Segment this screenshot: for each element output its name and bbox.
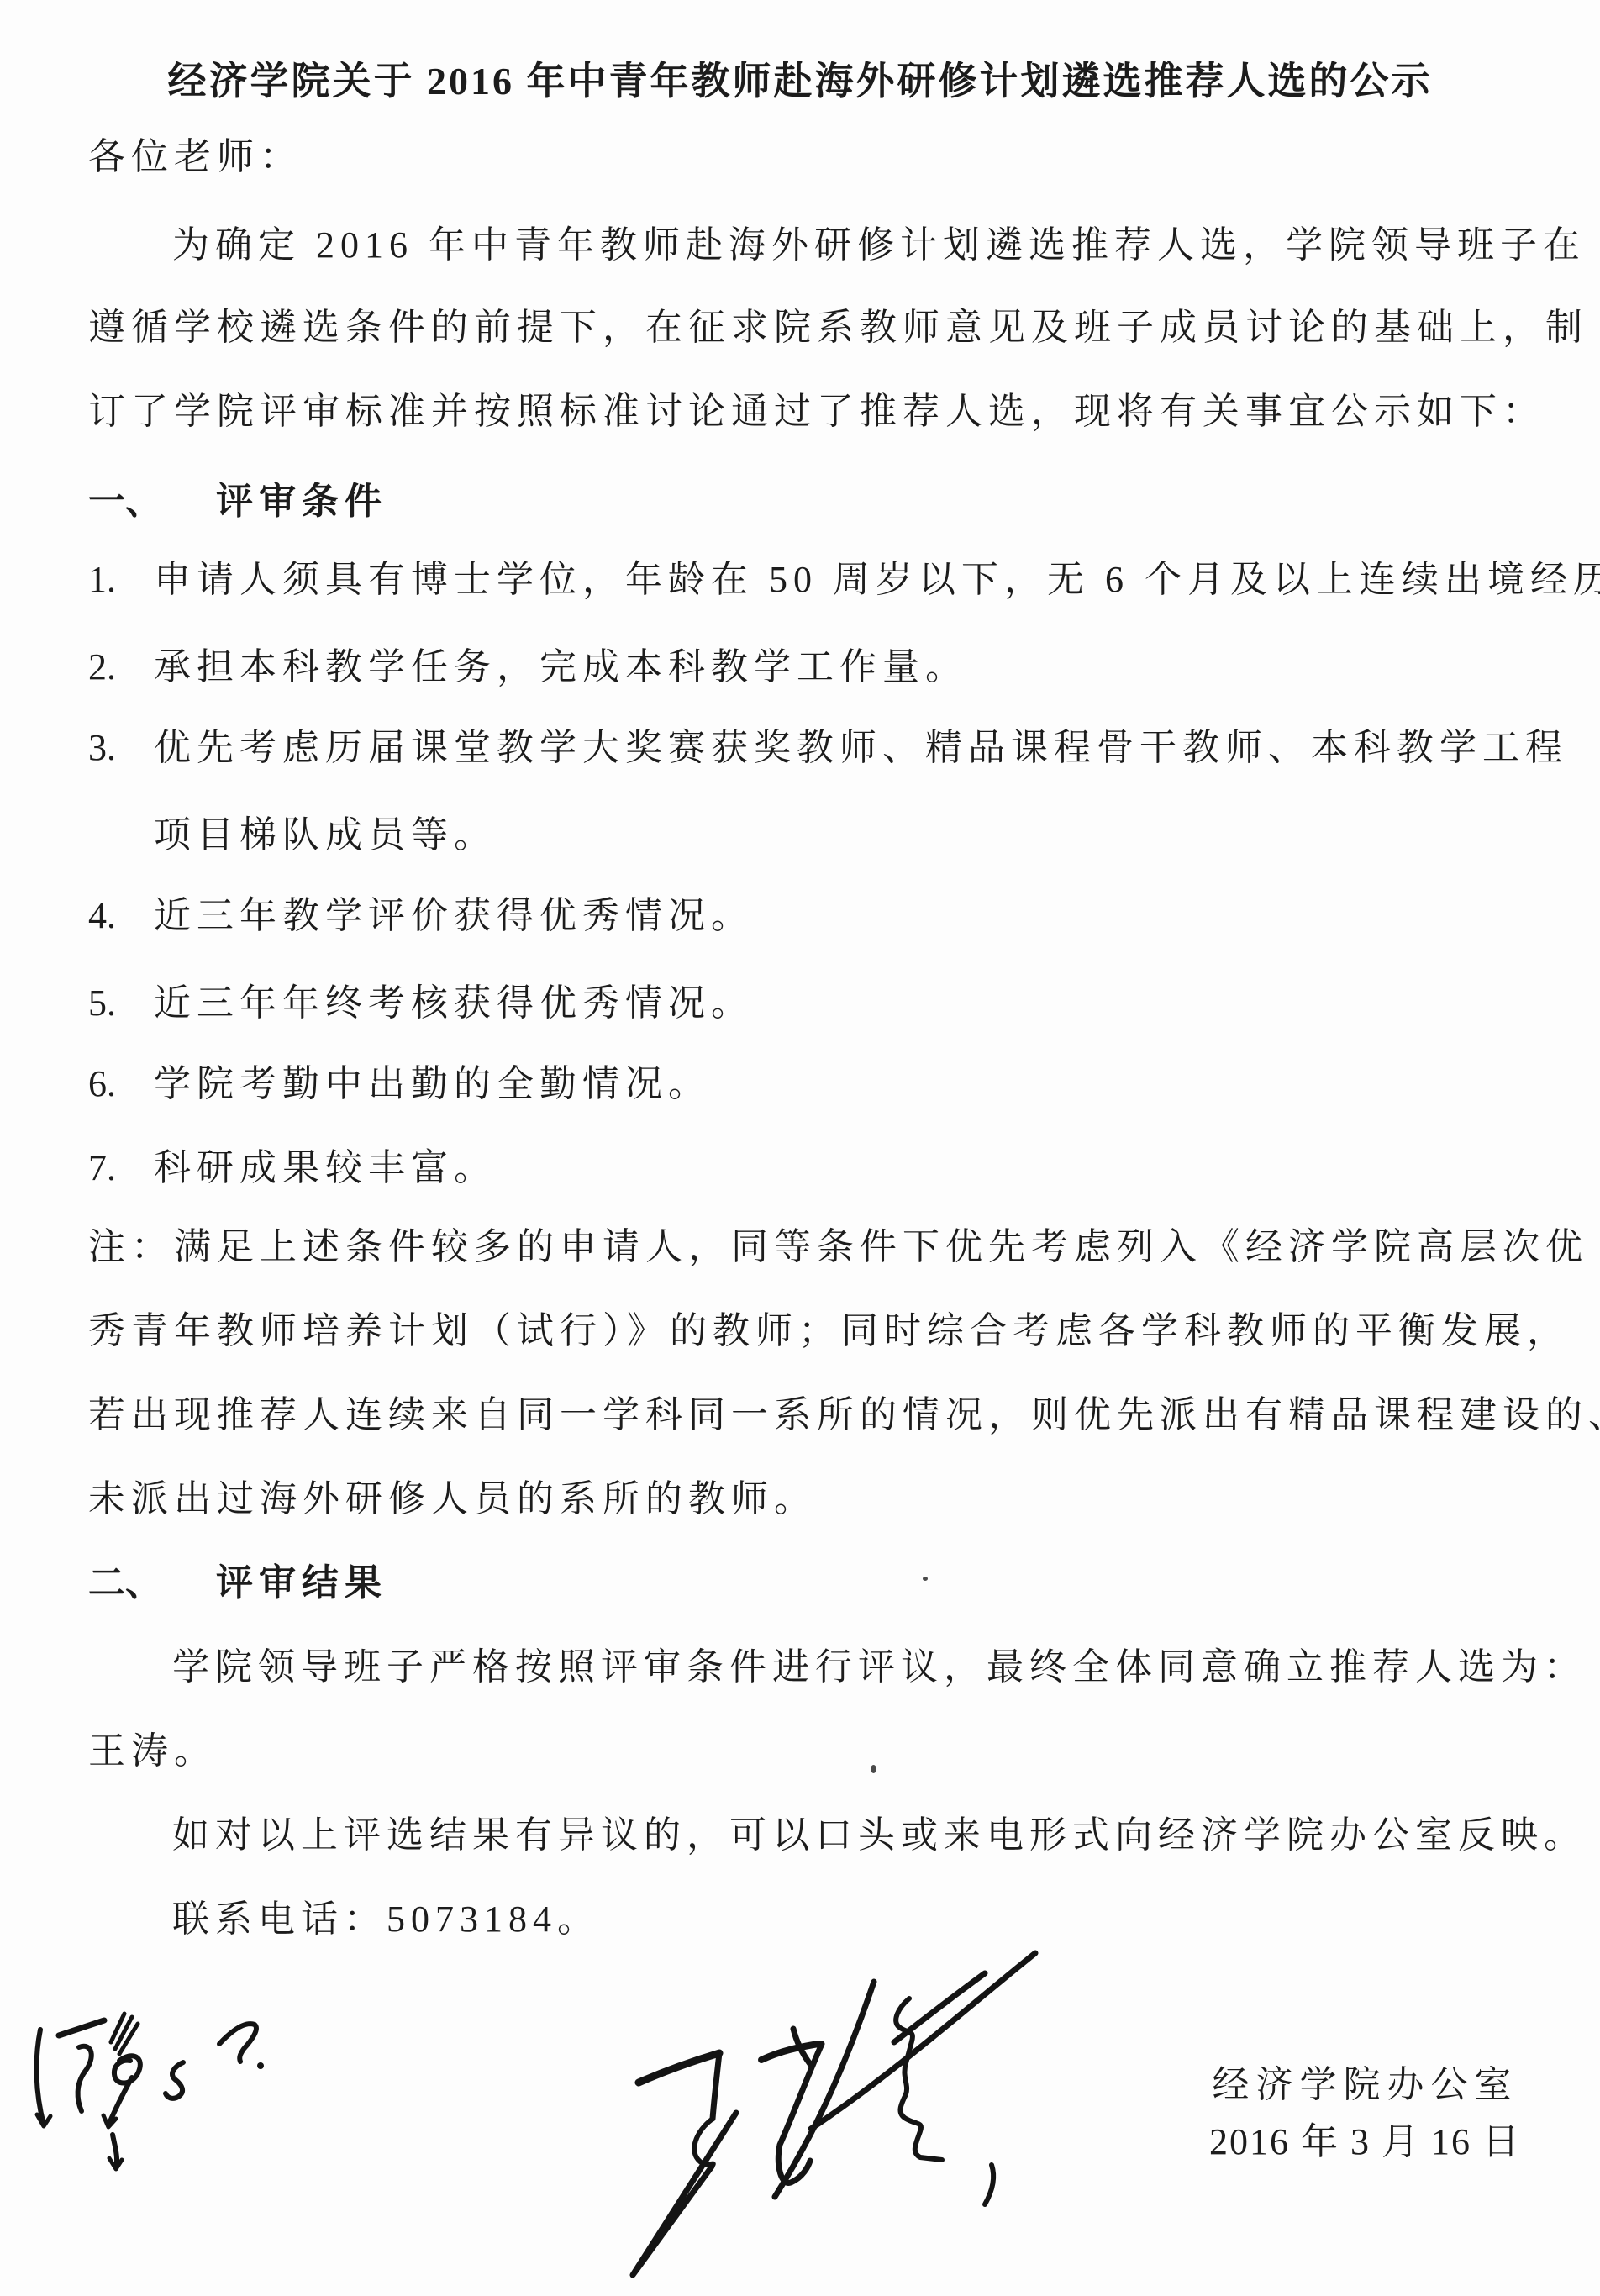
list-item-text: 承担本科教学任务，完成本科教学工作量。 [154,646,968,687]
issue-date: 2016 年 3 月 16 日 [1209,2120,1521,2164]
note-line: 注：满足上述条件较多的申请人，同等条件下优先考虑列入《经济学院高层次优 [88,1225,1588,1269]
result-line: 学院领导班子严格按照评审条件进行评议，最终全体同意确立推荐人选为： [172,1646,1587,1689]
section-number: 二、 [88,1561,216,1605]
section-number: 一、 [88,480,216,524]
note-line: 未派出过海外研修人员的系所的教师。 [88,1477,817,1521]
salutation: 各位老师： [88,135,303,179]
document-title: 经济学院关于 2016 年中青年教师赴海外研修计划遴选推荐人选的公示 [0,60,1600,103]
list-item: 5.近三年年终考核获得优秀情况。 [88,982,754,1025]
section-heading-conditions: 一、评审条件 [88,480,387,524]
handwritten-signature-center [496,1950,1050,2296]
list-item-number: 1. [88,558,154,602]
issuing-office: 经济学院办公室 [1213,2063,1518,2107]
list-item-number: 4. [88,894,154,938]
result-name-line: 王涛。 [88,1730,217,1773]
list-item-number: 6. [88,1062,154,1106]
list-item: 4.近三年教学评价获得优秀情况。 [88,894,754,938]
section-heading-results: 二、评审结果 [88,1561,387,1605]
document-page: 经济学院关于 2016 年中青年教师赴海外研修计划遴选推荐人选的公示 各位老师：… [0,0,1600,2296]
intro-line: 为确定 2016 年中青年教师赴海外研修计划遴选推荐人选，学院领导班子在 [172,224,1586,267]
list-item-number: 3. [88,726,154,770]
list-item-number: 7. [88,1146,154,1190]
note-line: 秀青年教师培养计划（试行）》的教师；同时综合考虑各学科教师的平衡发展， [88,1309,1570,1353]
list-item-continuation: 项目梯队成员等。 [154,814,497,857]
footer-signoff: 经济学院办公室 2016 年 3 月 16 日 [1209,2063,1521,2164]
scan-artifact-dot [871,1765,876,1773]
section-heading-text: 评审条件 [216,481,387,522]
list-item: 1.申请人须具有博士学位，年龄在 50 周岁以下，无 6 个月及以上连续出境经历… [88,558,1600,602]
note-line: 若出现推荐人连续来自同一学科同一系所的情况，则优先派出有精品课程建设的、 [88,1393,1600,1437]
list-item-text: 科研成果较丰富。 [154,1147,497,1188]
appeal-line: 如对以上评选结果有异议的，可以口头或来电形式向经济学院办公室反映。 [172,1814,1587,1857]
list-item-text: 学院考勤中出勤的全勤情况。 [154,1063,711,1104]
scan-artifact-dot [923,1577,928,1581]
list-item: 3.优先考虑历届课堂教学大奖赛获奖教师、精品课程骨干教师、本科教学工程 [88,726,1568,770]
intro-line: 订了学院评审标准并按照标准讨论通过了推荐人选，现将有关事宜公示如下： [88,390,1545,434]
section-heading-text: 评审结果 [216,1562,387,1604]
list-item: 6.学院考勤中出勤的全勤情况。 [88,1062,711,1106]
list-item: 2.承担本科教学任务，完成本科教学工作量。 [88,645,968,689]
list-item-text: 优先考虑历届课堂教学大奖赛获奖教师、精品课程骨干教师、本科教学工程 [154,727,1568,768]
intro-line: 遵循学校遴选条件的前提下，在征求院系教师意见及班子成员讨论的基础上，制 [88,306,1588,350]
phone-line: 联系电话：5073184。 [172,1898,600,1941]
list-item-text: 近三年教学评价获得优秀情况。 [154,895,754,936]
list-item-number: 2. [88,645,154,689]
list-item-number: 5. [88,982,154,1025]
handwritten-signature-left [25,2009,277,2185]
list-item-text: 申请人须具有博士学位，年龄在 50 周岁以下，无 6 个月及以上连续出境经历。 [154,559,1600,600]
list-item-text: 近三年年终考核获得优秀情况。 [154,982,754,1024]
list-item: 7.科研成果较丰富。 [88,1146,497,1190]
